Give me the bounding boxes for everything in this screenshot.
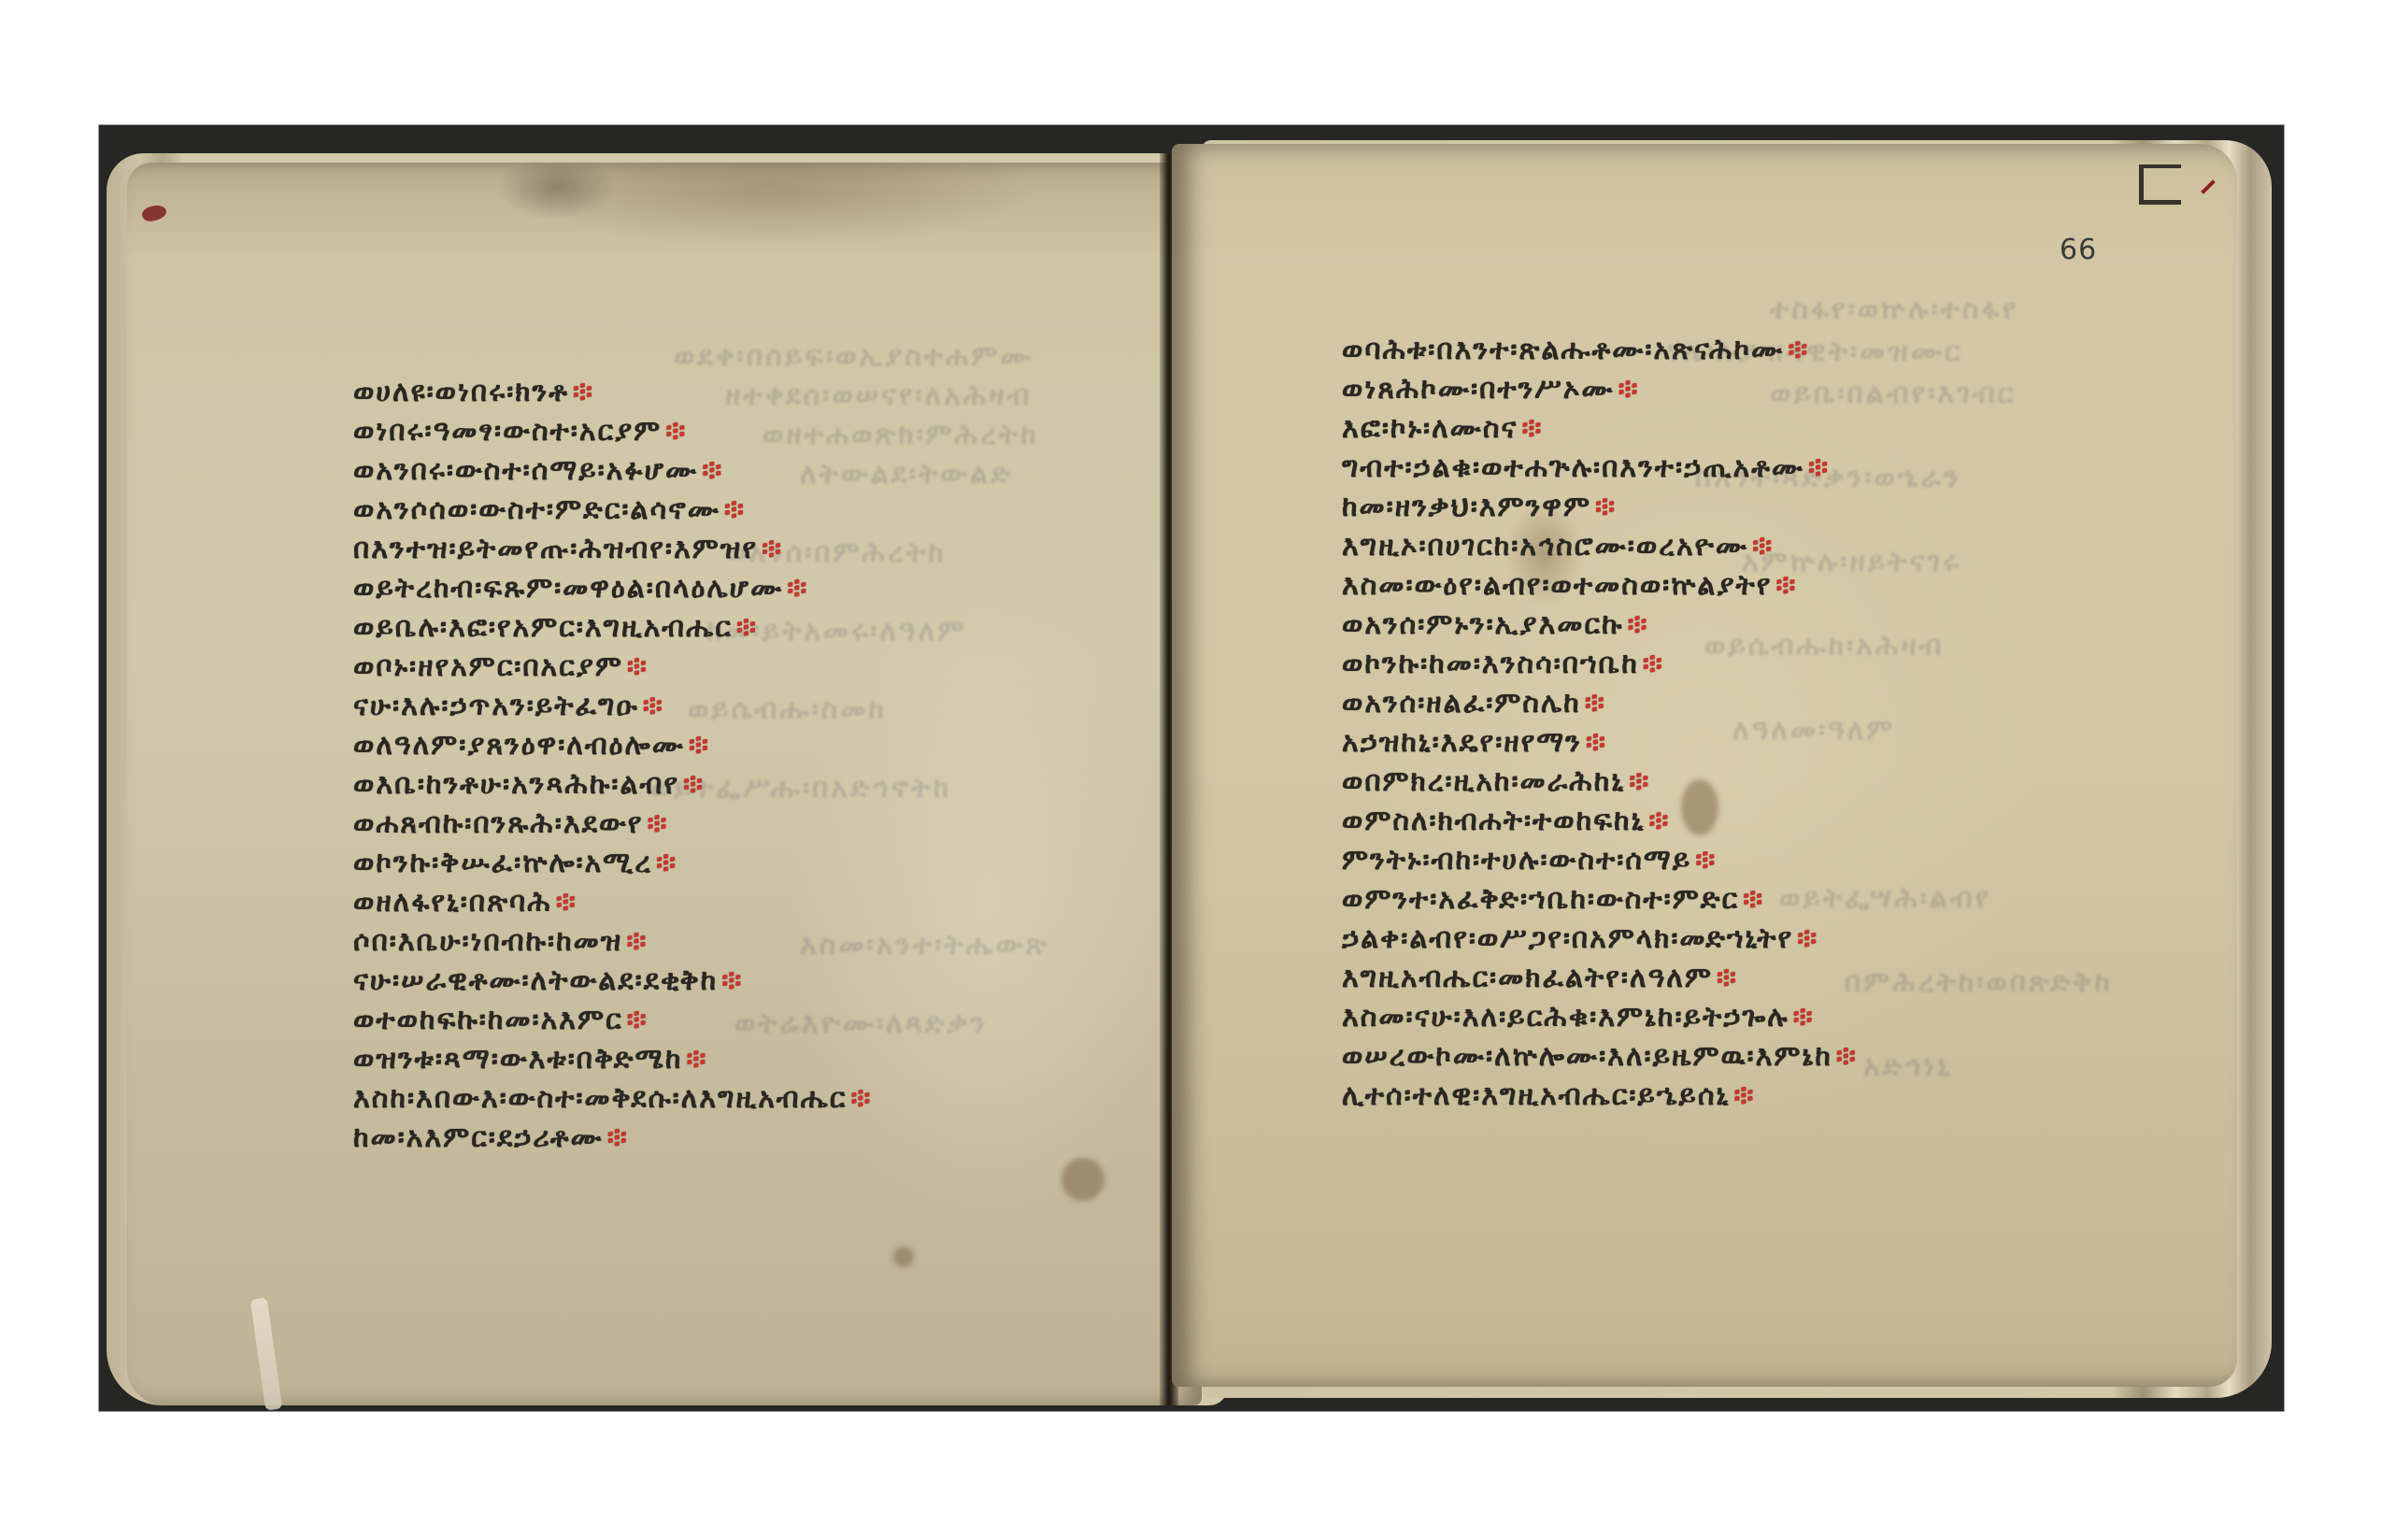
text-line: ወአንበሩ፡ውስተ፡ሰማይ፡አፉሆሙ፨ [353, 451, 872, 491]
text-line: ወይትረከብ፡ፍጹም፡መዋዕል፡በላዕሌሆሙ፨ [353, 569, 872, 608]
rubric-punctuation: ፨ [1627, 608, 1648, 641]
left-page: ወደቀ፡በሰይፍ፡ወኢያስተሐምሙ ዘተቀደሰ፡ወሠናየ፡ለአሕዛብ ወዘተሐወ… [127, 163, 1202, 1405]
rubric-punctuation: ፨ [689, 729, 710, 762]
text-line: ናሁ፡እሉ፡ኃጥአን፡ይትፈግዑ፨ [353, 687, 872, 726]
text-line: ወምንተ፡አፈቅድ፡ኀቤከ፡ውስተ፡ምድር፨ [1342, 880, 1858, 920]
text-line: በእንተዝ፡ይትመየጡ፡ሕዝብየ፡እምዝየ፨ [353, 530, 872, 569]
text-line: ወዝንቱ፡ጻማ፡ውእቱ፡በቅድሜከ፨ [353, 1040, 872, 1079]
rubric-punctuation: ፨ [683, 768, 705, 801]
text-line: ወባሕቱ፡በእንተ፡ጽልሑቶሙ፡አጽናሕኮሙ፨ [1342, 331, 1858, 370]
text-line: ወሠረውኮሙ፡ለኵሎሙ፡እለ፡ይዜምዉ፡እምኔከ፨ [1342, 1037, 1858, 1077]
text-line: ወእቤ፡ከንቶሁ፡አንጻሕኩ፡ልብየ፨ [353, 765, 872, 805]
rubric-punctuation: ፨ [1775, 569, 1797, 602]
bleed-through-text: ተስፋየ፡ወኵሉ፡ተስፋየ [1770, 293, 2018, 326]
rubric-punctuation: ፨ [1797, 922, 1818, 955]
stain [1062, 1158, 1105, 1201]
text-line: ወበምክረ፡ዚአከ፡መራሕከኒ፨ [1342, 763, 1858, 802]
folio-number: 66 [2060, 234, 2097, 266]
rubric-punctuation: ፨ [762, 533, 783, 565]
rubric-punctuation: ፨ [1695, 844, 1717, 877]
bleed-through-text: አድኅነኒ [1863, 1050, 1952, 1083]
rubric-punctuation: ፨ [686, 1043, 707, 1076]
rubric-punctuation: ፨ [643, 690, 664, 722]
text-line: ምንትኑ፡ብከ፡ተሀሉ፡ውስተ፡ሰማይ፨ [1342, 841, 1858, 880]
text-line: ወአንሶሰወ፡ውስተ፡ምድር፡ልሳኖሙ፨ [353, 491, 872, 530]
bleed-through-text: ወደቀ፡በሰይፍ፡ወኢያስተሐምሙ [674, 340, 1034, 373]
binding-thread [250, 1297, 283, 1410]
rubric-punctuation: ፨ [607, 1121, 629, 1154]
rubric-punctuation: ፨ [1717, 962, 1738, 994]
rubric-punctuation: ፨ [1629, 765, 1650, 798]
text-line: ወለዓለም፡ያጸንዕዋ፡ለብዕሎሙ፨ [353, 726, 872, 765]
text-line: እፎ፡ኮኑ፡ለሙስና፨ [1342, 409, 1858, 449]
text-line: እስከ፡እበውእ፡ውስተ፡መቅደሱ፡ለእግዚአብሔር፨ [353, 1079, 872, 1119]
text-line: ሊተሰ፡ተለዊ፡እግዚአብሔር፡ይኄይሰኒ፨ [1342, 1077, 1858, 1116]
text-line: ወኮንኩ፡ቅሡፈ፡ኵሎ፡አሚረ፨ [353, 844, 872, 883]
rubric-punctuation: ፨ [1743, 883, 1764, 916]
text-line: እግዚኦ፡በሀገርከ፡አኅስሮሙ፡ወረአዮሙ፨ [1342, 527, 1858, 566]
right-page-text: ወባሕቱ፡በእንተ፡ጽልሑቶሙ፡አጽናሕኮሙ፨ ወነጸሕኮሙ፡በተንሥኦሙ፨ እ… [1342, 331, 1858, 1116]
text-line: ከመ፡አእምር፡ደኃሪቶሙ፨ [353, 1119, 872, 1158]
rubric-punctuation: ፨ [627, 650, 649, 683]
rubric-punctuation: ፨ [1836, 1040, 1858, 1073]
rubric-punctuation: ፨ [656, 847, 677, 879]
rubric-punctuation: ፨ [665, 415, 687, 448]
stain [893, 1247, 914, 1267]
rubric-punctuation: ፨ [647, 807, 668, 840]
text-line: ኃልቀ፡ልብየ፡ወሥጋየ፡በአምላክ፡መድኀኒትየ፨ [1342, 920, 1858, 959]
text-line: ናሁ፡ሠራዊቶሙ፡ለትውልደ፡ደቂቅከ፨ [353, 962, 872, 1001]
text-line: ወሐጸብኩ፡በንጹሕ፡እደውየ፨ [353, 805, 872, 844]
rubric-punctuation: ፨ [702, 454, 723, 487]
red-corner-mark [140, 202, 168, 224]
rubric-punctuation: ፨ [724, 493, 746, 526]
rubric-punctuation: ፨ [1733, 1079, 1755, 1112]
scan-frame: ወደቀ፡በሰይፍ፡ወኢያስተሐምሙ ዘተቀደሰ፡ወሠናየ፡ለአሕዛብ ወዘተሐወ… [98, 124, 2285, 1412]
text-line: ወነጸሕኮሙ፡በተንሥኦሙ፨ [1342, 370, 1858, 409]
text-line: ወቦኑ፡ዘየአምር፡በአርያም፨ [353, 648, 872, 687]
text-line: እግዚአብሔር፡መክፈልትየ፡ለዓለም፨ [1342, 959, 1858, 998]
text-line: ወዘለፋየኒ፡በጽባሕ፨ [353, 883, 872, 922]
rubric-punctuation: ፨ [556, 886, 577, 919]
text-line: ወኮንኩ፡ከመ፡እንስሳ፡በኀቤከ፨ [1342, 645, 1858, 684]
text-line: ወተወከፍኩ፡ከመ፡አእምር፨ [353, 1001, 872, 1040]
rubric-punctuation: ፨ [626, 925, 648, 958]
text-line: ወአንሰ፡ምኑን፡ኢያእመርኩ፨ [1342, 606, 1858, 645]
right-page: 66 ተስፋየ፡ወኵሉ፡ተስፋየ ሃሌ፡ሉያ፡ዘዳዊት፡መዝሙር ወይቤ፡በልብ… [1172, 144, 2237, 1387]
text-line: ወነበሩ፡ዓመፃ፡ውስተ፡አርያም፨ [353, 412, 872, 451]
rubric-punctuation: ፨ [736, 611, 758, 644]
rubric-punctuation: ፨ [787, 572, 808, 605]
rubric-punctuation: ፨ [1618, 373, 1640, 406]
bleed-through-text: በምሕረትከ፡ወበጽድቅከ [1845, 966, 2113, 999]
left-page-text: ወሀለዩ፡ወነበሩ፡ክንቶ፨ ወነበሩ፡ዓመፃ፡ውስተ፡አርያም፨ ወአንበሩ፡… [353, 373, 872, 1158]
text-line: ወይቤሉ፡እፎ፡የአምር፡እግዚአብሔር፨ [353, 608, 872, 648]
red-tab-mark [2201, 179, 2216, 194]
rubric-punctuation: ፨ [850, 1082, 872, 1115]
text-line: ሶበ፡እቤሁ፡ነበብኩ፡ከመዝ፨ [353, 922, 872, 962]
rubric-punctuation: ፨ [1585, 687, 1606, 720]
rubric-punctuation: ፨ [1808, 451, 1830, 484]
rubric-punctuation: ፨ [1793, 1001, 1815, 1034]
rubric-punctuation: ፨ [627, 1004, 649, 1036]
page-tab-mark [2139, 164, 2181, 205]
rubric-punctuation: ፨ [1595, 491, 1617, 523]
text-line: እስመ፡ውዕየ፡ልብየ፡ወተመስወ፡ኵልያትየ፨ [1342, 566, 1858, 606]
rubric-punctuation: ፨ [721, 964, 743, 997]
rubric-punctuation: ፨ [1643, 648, 1664, 680]
text-line: ግብተ፡ኃልቁ፡ወተሐጕሉ፡በእንተ፡ኃጢአቶሙ፨ [1342, 449, 1858, 488]
text-line: አኃዝከኒ፡እዴየ፡ዘየማን፨ [1342, 723, 1858, 763]
rubric-punctuation: ፨ [573, 376, 594, 408]
text-line: ወሀለዩ፡ወነበሩ፡ክንቶ፨ [353, 373, 872, 412]
rubric-punctuation: ፨ [1648, 805, 1670, 837]
rubric-punctuation: ፨ [1788, 334, 1809, 366]
rubric-punctuation: ፨ [1586, 726, 1607, 759]
text-line: ወምስለ፡ክብሐት፡ተወከፍከኒ፨ [1342, 802, 1858, 841]
rubric-punctuation: ፨ [1521, 412, 1543, 445]
rubric-punctuation: ፨ [1752, 530, 1774, 563]
text-line: እስመ፡ናሁ፡እለ፡ይርሕቁ፡እምኔከ፡ይትኃጐሉ፨ [1342, 998, 1858, 1037]
text-line: ወአንሰ፡ዘልፈ፡ምስሌከ፨ [1342, 684, 1858, 723]
text-line: ከመ፡ዘንቃህ፡እምንዋም፨ [1342, 488, 1858, 527]
